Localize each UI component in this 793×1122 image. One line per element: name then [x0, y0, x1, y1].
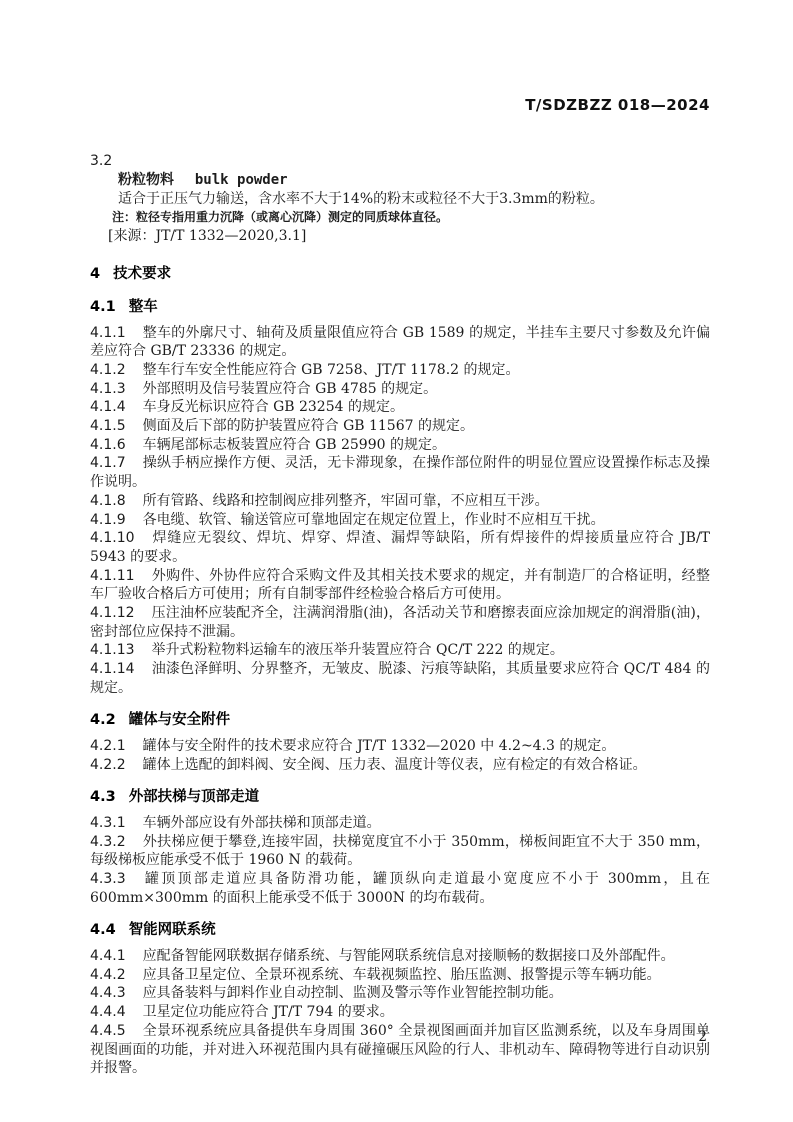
chapter-heading: 4技术要求 — [90, 265, 710, 284]
clause-text: 整车的外廓尺寸、轴荷及质量限值应符合 GB 1589 的规定，半挂车主要尺寸参数… — [90, 325, 710, 360]
clause-number: 4.4.2 — [90, 967, 126, 983]
clause-4.1.5: 4.1.5侧面及后下部的防护装置应符合 GB 11567 的规定。 — [90, 417, 710, 436]
clause-number: 4.1.3 — [90, 381, 126, 397]
clause-4.1.1: 4.1.1整车的外廓尺寸、轴荷及质量限值应符合 GB 1589 的规定，半挂车主… — [90, 324, 710, 361]
section-heading-4.3: 4.3外部扶梯与顶部走道 — [90, 788, 710, 807]
clause-text: 全景环视系统应具备提供车身周围 360° 全景视图画面并加盲区监测系统，以及车身… — [90, 1023, 710, 1076]
clause-text: 应具备卫星定位、全景环视系统、车载视频监控、胎压监测、报警提示等车辆功能。 — [143, 967, 661, 983]
clause-4.4.4: 4.4.4卫星定位功能应符合 JT/T 794 的要求。 — [90, 1003, 710, 1022]
section-number: 4.3 — [90, 789, 116, 805]
clause-number: 4.1.6 — [90, 437, 126, 453]
clause-number: 4.1.8 — [90, 493, 126, 509]
chapter-body: 4.1整车4.1.1整车的外廓尺寸、轴荷及质量限值应符合 GB 1589 的规定… — [90, 298, 710, 1078]
section-title: 智能网联系统 — [129, 922, 216, 938]
clause-text: 整车行车安全性能应符合 GB 7258、JT/T 1178.2 的规定。 — [143, 362, 520, 378]
clause-4.1.14: 4.1.14油漆色泽鲜明、分界整齐，无皱皮、脱漆、污痕等缺陷，其质量要求应符合 … — [90, 660, 710, 697]
section-number: 4.2 — [90, 712, 116, 728]
clause-text: 各电缆、软管、输送管应可靠地固定在规定位置上，作业时不应相互干扰。 — [143, 512, 605, 528]
section-heading-4.4: 4.4智能网联系统 — [90, 921, 710, 940]
clause-text: 罐顶顶部走道应具备防滑功能，罐顶纵向走道最小宽度应不小于 300mm，且在 60… — [90, 871, 710, 906]
clause-number: 4.3.1 — [90, 815, 126, 831]
clause-number: 4.3.3 — [90, 871, 126, 887]
clause-4.1.12: 4.1.12压注油杯应装配齐全，注满润滑脂(油)，各活动关节和磨擦表面应涂加规定… — [90, 604, 710, 641]
section-title: 外部扶梯与顶部走道 — [129, 789, 260, 805]
term-section: 3.2 粉粒物料 bulk powder 适合于正压气力输送，含水率不大于14%… — [90, 152, 710, 246]
clause-4.1.13: 4.1.13举升式粉粒物料运输车的液压举升装置应符合 QC/T 222 的规定。 — [90, 641, 710, 660]
term-note: 注：粒径专指用重力沉降（或离心沉降）测定的同质球体直径。 — [90, 209, 710, 227]
clause-text: 外部照明及信号装置应符合 GB 4785 的规定。 — [143, 381, 437, 397]
clause-text: 车辆外部应设有外部扶梯和顶部走道。 — [143, 815, 381, 831]
clause-4.1.11: 4.1.11外购件、外协件应符合采购文件及其相关技术要求的规定，并有制造厂的合格… — [90, 567, 710, 604]
clause-text: 外扶梯应便于攀登,连接牢固，扶梯宽度宜不小于 350mm，梯板间距宜不大于 35… — [90, 834, 710, 869]
document-content: 3.2 粉粒物料 bulk powder 适合于正压气力输送，含水率不大于14%… — [90, 152, 710, 1078]
term-source-reference: [来源：JT/T 1332—2020,3.1] — [90, 227, 710, 247]
clause-4.1.3: 4.1.3外部照明及信号装置应符合 GB 4785 的规定。 — [90, 380, 710, 399]
term-line: 粉粒物料 bulk powder — [90, 171, 710, 190]
clause-text: 车身反光标识应符合 GB 23254 的规定。 — [143, 399, 404, 415]
clause-4.4.1: 4.4.1应配备智能网联数据存储系统、与智能网联系统信息对接顺畅的数据接口及外部… — [90, 947, 710, 966]
clause-number: 4.1.9 — [90, 512, 126, 528]
clause-number: 4.2.1 — [90, 738, 126, 754]
clause-number: 4.1.14 — [90, 661, 135, 677]
clause-number: 4.1.10 — [90, 530, 135, 546]
clause-number: 4.4.1 — [90, 948, 126, 964]
clause-text: 外购件、外协件应符合采购文件及其相关技术要求的规定，并有制造厂的合格证明，经整车… — [90, 568, 710, 603]
clause-number: 4.1.4 — [90, 399, 126, 415]
clause-number: 4.1.5 — [90, 418, 126, 434]
clause-4.4.5: 4.4.5全景环视系统应具备提供车身周围 360° 全景视图画面并加盲区监测系统… — [90, 1022, 710, 1078]
term-definition: 适合于正压气力输送，含水率不大于14%的粉末或粒径不大于3.3mm的粉粒。 — [90, 190, 710, 209]
clause-text: 所有管路、线路和控制阀应排列整齐，牢固可靠，不应相互干涉。 — [143, 493, 549, 509]
clause-number: 4.1.12 — [90, 605, 135, 621]
section-heading-4.2: 4.2罐体与安全附件 — [90, 711, 710, 730]
clause-4.1.2: 4.1.2整车行车安全性能应符合 GB 7258、JT/T 1178.2 的规定… — [90, 361, 710, 380]
term-name-en: bulk powder — [195, 172, 288, 188]
clause-text: 压注油杯应装配齐全，注满润滑脂(油)，各活动关节和磨擦表面应涂加规定的润滑脂(油… — [90, 605, 710, 640]
clause-text: 侧面及后下部的防护装置应符合 GB 11567 的规定。 — [143, 418, 474, 434]
clause-number: 4.1.1 — [90, 325, 126, 341]
clause-4.3.2: 4.3.2外扶梯应便于攀登,连接牢固，扶梯宽度宜不小于 350mm，梯板间距宜不… — [90, 833, 710, 870]
clause-number: 4.4.5 — [90, 1023, 126, 1039]
clause-text: 油漆色泽鲜明、分界整齐，无皱皮、脱漆、污痕等缺陷，其质量要求应符合 QC/T 4… — [90, 661, 710, 696]
clause-number: 4.2.2 — [90, 757, 126, 773]
clause-number: 4.1.13 — [90, 642, 135, 658]
clause-4.2.2: 4.2.2罐体上选配的卸料阀、安全阀、压力表、温度计等仪表，应有检定的有效合格证… — [90, 756, 710, 775]
clause-4.1.10: 4.1.10焊缝应无裂纹、焊坑、焊穿、焊渣、漏焊等缺陷，所有焊接件的焊接质量应符… — [90, 529, 710, 566]
clause-4.1.6: 4.1.6车辆尾部标志板装置应符合 GB 25990 的规定。 — [90, 436, 710, 455]
document-code-header: T/SDZBZZ 018—2024 — [525, 96, 710, 114]
clause-number: 4.1.2 — [90, 362, 126, 378]
clause-text: 应配备智能网联数据存储系统、与智能网联系统信息对接顺畅的数据接口及外部配件。 — [143, 948, 675, 964]
clause-4.3.1: 4.3.1车辆外部应设有外部扶梯和顶部走道。 — [90, 814, 710, 833]
clause-text: 车辆尾部标志板装置应符合 GB 25990 的规定。 — [143, 437, 446, 453]
clause-text: 焊缝应无裂纹、焊坑、焊穿、焊渣、漏焊等缺陷，所有焊接件的焊接质量应符合 JB/T… — [90, 530, 710, 565]
chapter-title: 技术要求 — [113, 266, 171, 282]
clause-4.4.2: 4.4.2应具备卫星定位、全景环视系统、车载视频监控、胎压监测、报警提示等车辆功… — [90, 966, 710, 985]
clause-4.1.8: 4.1.8所有管路、线路和控制阀应排列整齐，牢固可靠，不应相互干涉。 — [90, 492, 710, 511]
clause-text: 举升式粉粒物料运输车的液压举升装置应符合 QC/T 222 的规定。 — [152, 642, 564, 658]
clause-4.1.9: 4.1.9各电缆、软管、输送管应可靠地固定在规定位置上，作业时不应相互干扰。 — [90, 511, 710, 530]
clause-text: 罐体上选配的卸料阀、安全阀、压力表、温度计等仪表，应有检定的有效合格证。 — [143, 757, 647, 773]
section-number: 4.4 — [90, 922, 116, 938]
clause-text: 应具备装料与卸料作业自动控制、监测及警示等作业智能控制功能。 — [143, 985, 563, 1001]
clause-text: 卫星定位功能应符合 JT/T 794 的要求。 — [143, 1004, 394, 1020]
clause-4.1.4: 4.1.4车身反光标识应符合 GB 23254 的规定。 — [90, 398, 710, 417]
term-name-zh: 粉粒物料 — [118, 172, 174, 188]
clause-number: 4.4.4 — [90, 1004, 126, 1020]
clause-4.4.3: 4.4.3应具备装料与卸料作业自动控制、监测及警示等作业智能控制功能。 — [90, 984, 710, 1003]
chapter-number: 4 — [90, 266, 100, 282]
section-title: 整车 — [129, 299, 158, 315]
section-heading-4.1: 4.1整车 — [90, 298, 710, 317]
clause-4.3.3: 4.3.3罐顶顶部走道应具备防滑功能，罐顶纵向走道最小宽度应不小于 300mm，… — [90, 870, 710, 907]
document-page: T/SDZBZZ 018—2024 3.2 粉粒物料 bulk powder 适… — [0, 0, 793, 1122]
clause-4.1.7: 4.1.7操纵手柄应操作方便、灵活，无卡滞现象，在操作部位附件的明显位置应设置操… — [90, 454, 710, 491]
clause-4.2.1: 4.2.1罐体与安全附件的技术要求应符合 JT/T 1332—2020 中 4.… — [90, 737, 710, 756]
clause-number: 4.3.2 — [90, 834, 126, 850]
clause-text: 罐体与安全附件的技术要求应符合 JT/T 1332—2020 中 4.2~4.3… — [143, 738, 616, 754]
section-title: 罐体与安全附件 — [129, 712, 231, 728]
clause-text: 操纵手柄应操作方便、灵活，无卡滞现象，在操作部位附件的明显位置应设置操作标志及操… — [90, 455, 710, 490]
section-number: 4.1 — [90, 299, 116, 315]
clause-number: 4.1.7 — [90, 455, 126, 471]
clause-number: 4.1.11 — [90, 568, 135, 584]
page-number: 2 — [698, 1029, 707, 1045]
term-clause-number: 3.2 — [90, 152, 710, 171]
clause-number: 4.4.3 — [90, 985, 126, 1001]
